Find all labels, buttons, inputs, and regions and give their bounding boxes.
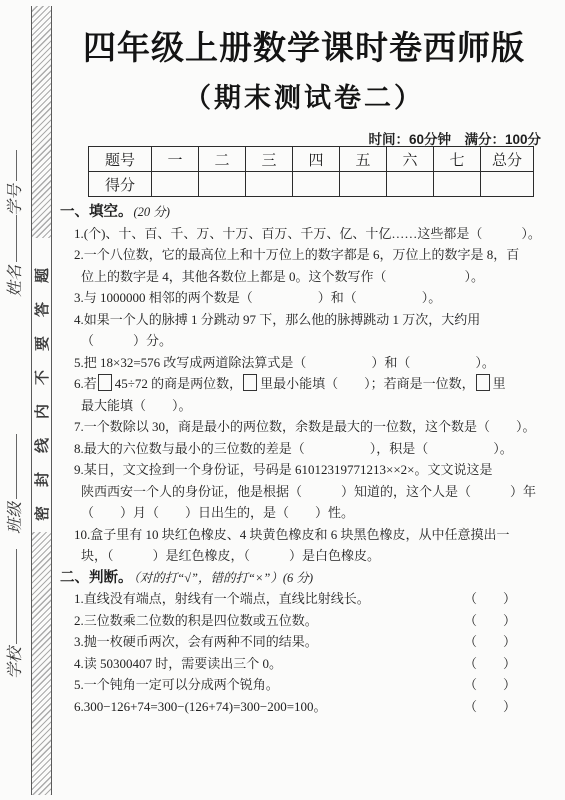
score-table-header-cell: 七 bbox=[434, 147, 481, 172]
blank-box bbox=[243, 374, 257, 391]
judgement-row: 4.读 50300407 时，需要读出三个 0。（ ） bbox=[60, 653, 552, 675]
question-line: 4.如果一个人的脉搏 1 分跳动 97 下，那么他的脉搏跳动 1 万次，大约用 bbox=[60, 309, 552, 331]
section-heading-main: 一、填空。 bbox=[60, 204, 133, 220]
score-cell-empty bbox=[293, 172, 340, 197]
exam-paper-page: 学号 姓名 班级 学校 密封线内不要答题 四年级上册数学课时卷西师版 （期末测试… bbox=[0, 0, 565, 800]
time-and-score-info: 时间：60分钟 满分：100分 bbox=[368, 128, 541, 148]
section-heading-note: （对的打“√”，错的打“×”）(6 分) bbox=[134, 571, 314, 585]
question-line: （ ）月（ ）日出生的，是（ ）性。 bbox=[60, 502, 552, 524]
class-label: 班级 bbox=[5, 434, 27, 534]
score-table-score-row: 得分 bbox=[89, 172, 534, 197]
judgement-answer-blank: （ ） bbox=[464, 588, 552, 610]
content: 一、填空。(20 分)1.(个)、十、百、千、万、十万、百万、千万、亿、十亿……… bbox=[60, 201, 552, 717]
score-table-header-cell: 一 bbox=[152, 147, 199, 172]
school-blank-line bbox=[16, 549, 17, 644]
score-table-header-cell: 四 bbox=[293, 147, 340, 172]
score-table-header-cell: 六 bbox=[387, 147, 434, 172]
judgement-text: 2.三位数乘二位数的积是四位数或五位数。 bbox=[74, 610, 464, 632]
question-line: 陕西西安一个人的身份证，他是根据（ ）知道的，这个人是（ ）年 bbox=[60, 481, 552, 503]
student-name-blank-line bbox=[16, 215, 17, 262]
question-line: 5.把 18×32=576 改写成两道除法算式是（ ）和（ ）。 bbox=[60, 352, 552, 374]
question-line: 块，（ ）是红色橡皮，（ ）是白色橡皮。 bbox=[60, 545, 552, 567]
blank-box bbox=[98, 374, 112, 391]
question-line: 7.一个数除以 30，商是最小的两位数，余数是最大的一位数，这个数是（ ）。 bbox=[60, 416, 552, 438]
section-heading-main: 二、判断。 bbox=[60, 570, 133, 586]
score-table-header-cell: 总分 bbox=[481, 147, 534, 172]
class-blank-line bbox=[16, 434, 17, 499]
score-cell-empty bbox=[199, 172, 246, 197]
question-line: 9.某日，文文捡到一个身份证，号码是 61012319771213××2×。文文… bbox=[60, 459, 552, 481]
class-label-text: 班级 bbox=[5, 502, 27, 534]
section-heading-note: (20 分) bbox=[134, 205, 170, 219]
paper-subtitle: （期末测试卷二） bbox=[56, 76, 552, 115]
score-row-label-cell: 得分 bbox=[89, 172, 152, 197]
question-line: 8.最大的六位数与最小的三位数的差是（ ），积是（ ）。 bbox=[60, 438, 552, 460]
score-table-header-cell: 五 bbox=[340, 147, 387, 172]
school-label-text: 学校 bbox=[5, 647, 27, 679]
judgement-row: 6.300−126+74=300−(126+74)=300−200=100。（ … bbox=[60, 696, 552, 718]
student-id-blank-line bbox=[16, 150, 17, 181]
question-line: （ ）分。 bbox=[60, 330, 552, 352]
student-id-label-text: 学号 bbox=[5, 184, 27, 216]
school-label: 学校 bbox=[5, 549, 27, 679]
score-cell-empty bbox=[246, 172, 293, 197]
judgement-text: 4.读 50300407 时，需要读出三个 0。 bbox=[74, 653, 464, 675]
judgement-text: 5.一个钝角一定可以分成两个锐角。 bbox=[74, 674, 464, 696]
score-table-corner-cell: 题号 bbox=[89, 147, 152, 172]
judgement-answer-blank: （ ） bbox=[464, 674, 552, 696]
judgement-answer-blank: （ ） bbox=[464, 610, 552, 632]
judgement-answer-blank: （ ） bbox=[464, 653, 552, 675]
score-table-header-row: 题号一二三四五六七总分 bbox=[89, 147, 534, 172]
judgement-answer-blank: （ ） bbox=[464, 631, 552, 653]
question-line: 6.若45÷72 的商是两位数，里最小能填（ ）；若商是一位数，里 bbox=[60, 373, 552, 395]
score-cell-empty bbox=[434, 172, 481, 197]
question-line: 2.一个八位数，它的最高位上和十万位上的数字都是 6，万位上的数字是 8，百 bbox=[60, 244, 552, 266]
score-cell-empty bbox=[481, 172, 534, 197]
score-cell-empty bbox=[152, 172, 199, 197]
judgement-text: 1.直线没有端点，射线有一个端点，直线比射线长。 bbox=[74, 588, 464, 610]
score-table-header-cell: 二 bbox=[199, 147, 246, 172]
judgement-answer-blank: （ ） bbox=[464, 696, 552, 718]
score-table: 题号一二三四五六七总分 得分 bbox=[88, 146, 534, 197]
score-cell-empty bbox=[340, 172, 387, 197]
paper-title: 四年级上册数学课时卷西师版 bbox=[56, 22, 552, 69]
question-line: 10.盒子里有 10 块红色橡皮、4 块黄色橡皮和 6 块黑色橡皮，从中任意摸出… bbox=[60, 524, 552, 546]
section-heading: 二、判断。（对的打“√”，错的打“×”）(6 分) bbox=[60, 567, 552, 589]
question-line: 位上的数字是 4，其他各数位上都是 0。这个数写作（ ）。 bbox=[60, 266, 552, 288]
student-name-label-text: 姓名 bbox=[5, 265, 27, 297]
question-line: 最大能填（ ）。 bbox=[60, 395, 552, 417]
seal-line-text: 密封线内不要答题 bbox=[32, 235, 54, 535]
judgement-row: 2.三位数乘二位数的积是四位数或五位数。（ ） bbox=[60, 610, 552, 632]
student-name-label: 姓名 bbox=[5, 215, 27, 297]
judgement-row: 1.直线没有端点，射线有一个端点，直线比射线长。（ ） bbox=[60, 588, 552, 610]
score-table-header-cell: 三 bbox=[246, 147, 293, 172]
blank-box bbox=[476, 374, 490, 391]
question-line: 1.(个)、十、百、千、万、十万、百万、千万、亿、十亿……这些都是（ ）。 bbox=[60, 223, 552, 245]
student-id-label: 学号 bbox=[5, 150, 27, 216]
judgement-text: 6.300−126+74=300−(126+74)=300−200=100。 bbox=[74, 696, 464, 718]
judgement-row: 3.抛一枚硬币两次，会有两种不同的结果。（ ） bbox=[60, 631, 552, 653]
question-line: 3.与 1000000 相邻的两个数是（ ）和（ ）。 bbox=[60, 287, 552, 309]
judgement-text: 3.抛一枚硬币两次，会有两种不同的结果。 bbox=[74, 631, 464, 653]
score-cell-empty bbox=[387, 172, 434, 197]
judgement-row: 5.一个钝角一定可以分成两个锐角。（ ） bbox=[60, 674, 552, 696]
section-heading: 一、填空。(20 分) bbox=[60, 201, 552, 223]
